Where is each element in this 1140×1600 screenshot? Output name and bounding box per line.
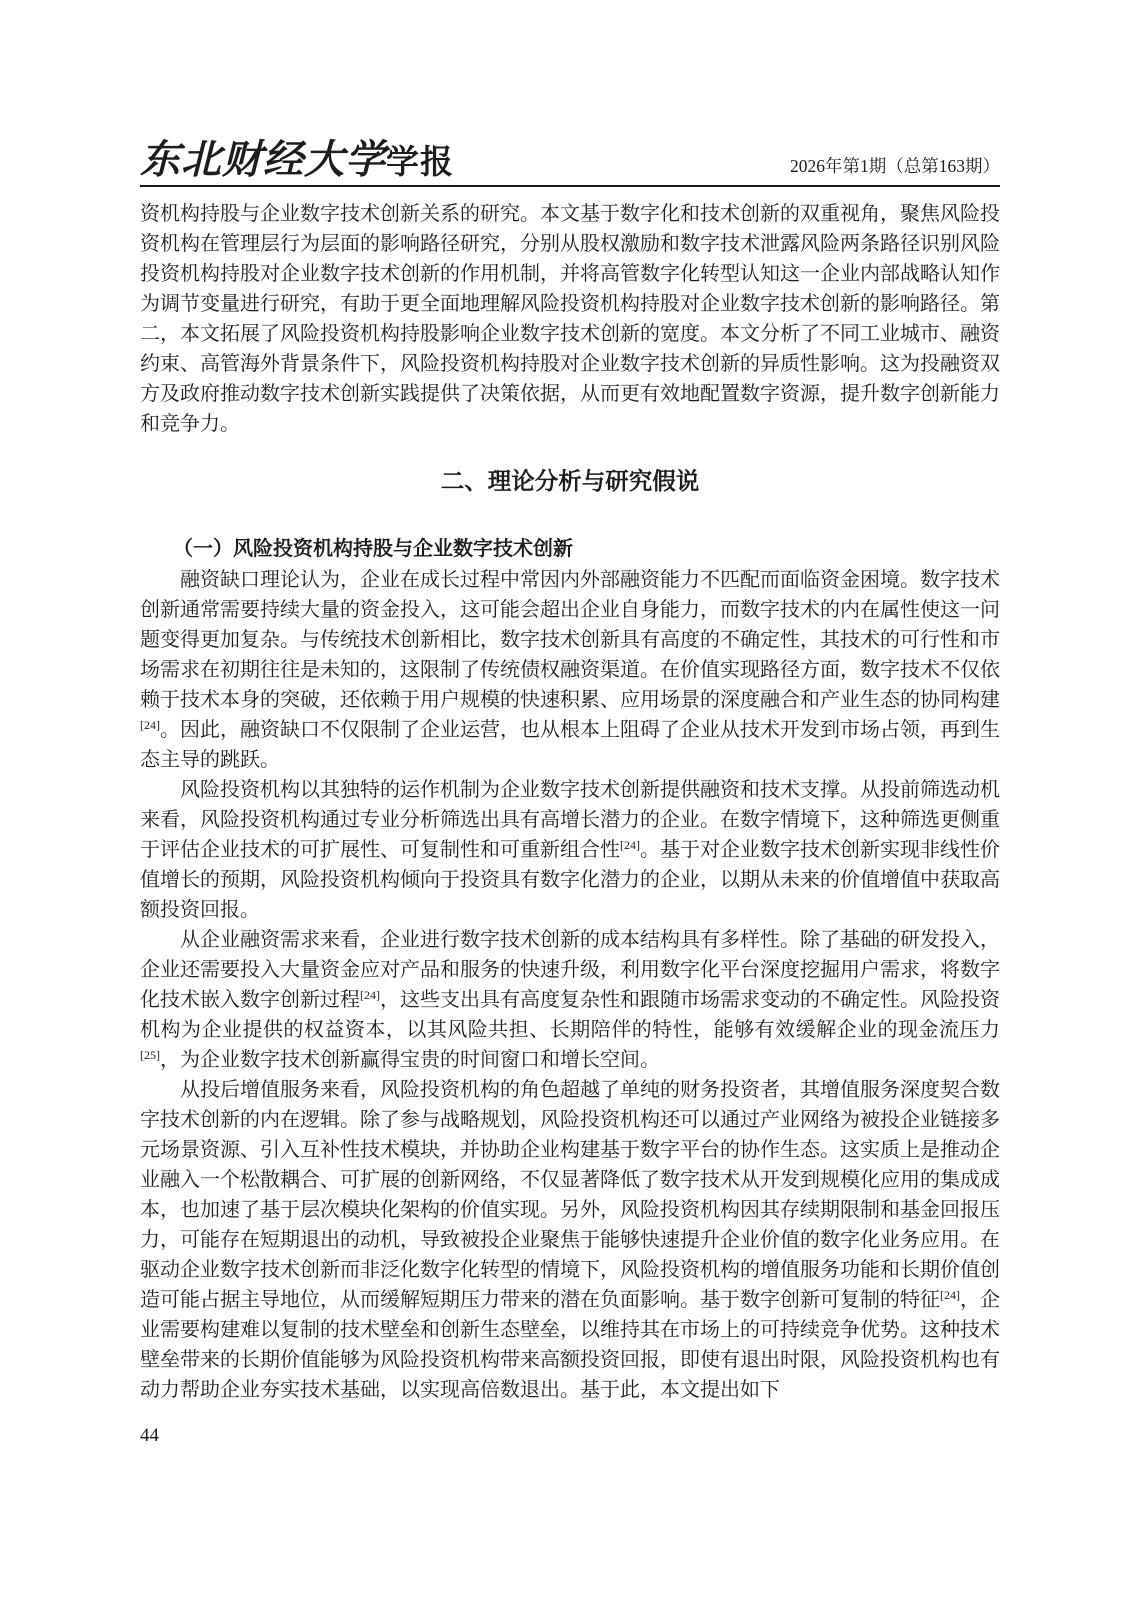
page-header: 东北财经大学学报 2026年第1期（总第163期） [140, 140, 1000, 180]
citation-superscript: [25] [140, 1048, 160, 1062]
journal-logo-suffix: 学报 [386, 145, 454, 181]
page-footer: 44 [140, 1421, 1000, 1451]
continued-paragraph: 资机构持股与企业数字技术创新关系的研究。本文基于数字化和技术创新的双重视角，聚焦… [140, 199, 1000, 439]
citation-superscript: [24] [360, 988, 380, 1002]
body-paragraph: 风险投资机构以其独特的运作机制为企业数字技术创新提供融资和技术支撑。从投前筛选动… [140, 775, 1000, 925]
body-paragraph: 从投后增值服务来看，风险投资机构的角色超越了单纯的财务投资者，其增值服务深度契合… [140, 1075, 1000, 1405]
journal-page: 东北财经大学学报 2026年第1期（总第163期） 资机构持股与企业数字技术创新… [0, 0, 1140, 1600]
subsection-heading: （一）风险投资机构持股与企业数字技术创新 [140, 533, 1000, 565]
body-paragraph: 从企业融资需求来看，企业进行数字技术创新的成本结构具有多样性。除了基础的研发投入… [140, 925, 1000, 1075]
journal-logo-calligraphy: 东北财经大学 [140, 136, 386, 183]
article-content: 资机构持股与企业数字技术创新关系的研究。本文基于数字化和技术创新的双重视角，聚焦… [140, 199, 1000, 1405]
section-heading: 二、理论分析与研究假说 [140, 466, 1000, 498]
citation-superscript: [24] [940, 1288, 960, 1302]
issue-info: 2026年第1期（总第163期） [790, 158, 1000, 181]
header-rule [140, 185, 1000, 187]
page-number: 44 [140, 1421, 1000, 1451]
paragraph-list: 融资缺口理论认为，企业在成长过程中常因内外部融资能力不匹配而面临资金困境。数字技… [140, 565, 1000, 1405]
citation-superscript: [24] [140, 718, 160, 732]
body-paragraph: 融资缺口理论认为，企业在成长过程中常因内外部融资能力不匹配而面临资金困境。数字技… [140, 565, 1000, 775]
citation-superscript: [24] [620, 838, 640, 852]
journal-logo: 东北财经大学学报 [140, 140, 454, 180]
